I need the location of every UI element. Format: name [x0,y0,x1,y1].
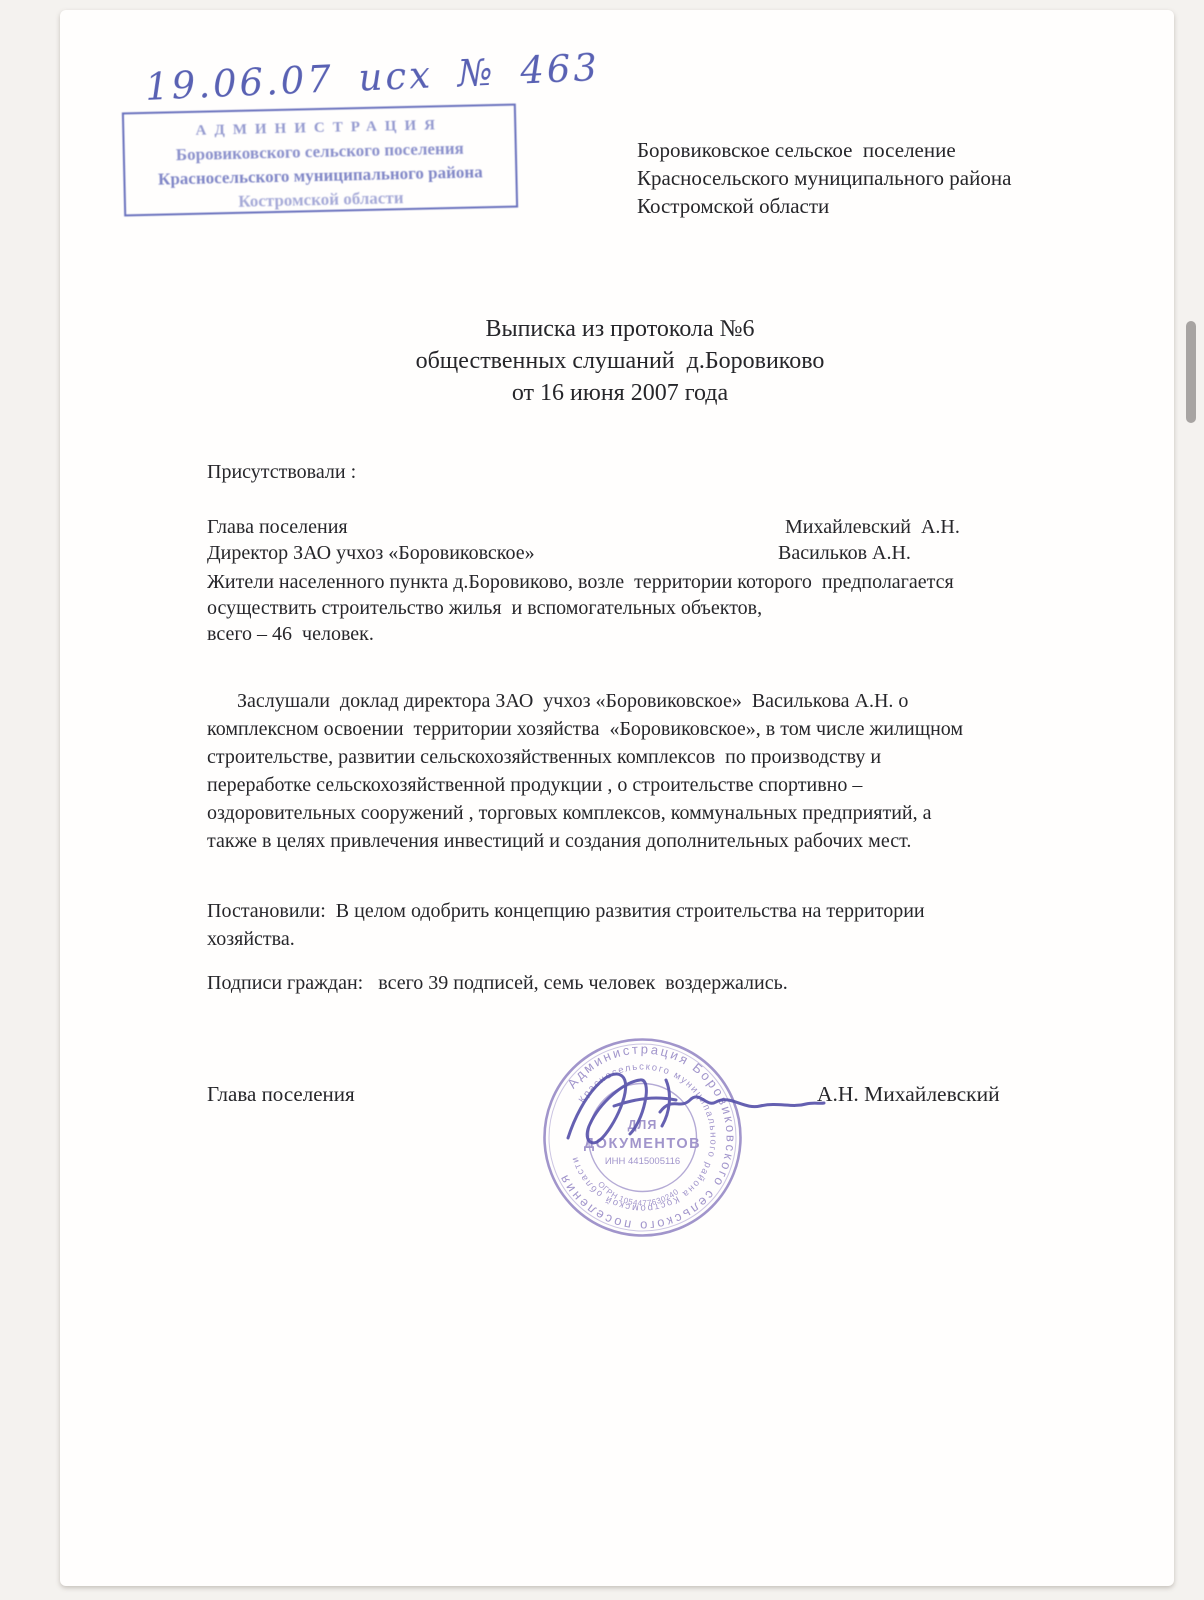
attendee-role: Директор ЗАО учхоз «Боровиковское» [207,542,535,564]
attendee-row: Глава поселения Михайлевский А.Н. [207,516,1167,542]
organization-header: Боровиковское сельское поселение Краснос… [637,136,1011,220]
attendees-list: Глава поселения Михайлевский А.Н. Директ… [207,516,1167,568]
head-signature-stroke [548,1050,833,1150]
app-background: 19.06.07 исх № 463 АДМИНИСТРАЦИЯ Боровик… [0,0,1204,1600]
closing-signature-name: А.Н. Михайлевский [817,1082,1000,1107]
heard-report-paragraph: Заслушали доклад директора ЗАО учхоз «Бо… [207,687,1187,855]
resolution-paragraph: Постановили: В целом одобрить концепцию … [207,897,1187,953]
attendee-name: Васильков А.Н. [778,542,911,565]
seal-inn-number: ИНН 4415005116 [605,1156,680,1167]
handwritten-registration-note: 19.06.07 исх № 463 [144,46,601,109]
administration-corner-stamp: АДМИНИСТРАЦИЯ Боровиковского сельского п… [122,104,518,217]
signatures-count-line: Подписи граждан: всего 39 подписей, семь… [207,972,1187,995]
attendee-row: Директор ЗАО учхоз «Боровиковское» Васил… [207,542,1167,568]
attendee-role: Глава поселения [207,516,348,538]
attendee-name: Михайлевский А.Н. [785,516,960,539]
document-page: 19.06.07 исх № 463 АДМИНИСТРАЦИЯ Боровик… [60,10,1174,1586]
residents-paragraph: Жители населенного пункта д.Боровиково, … [207,569,1187,647]
attendees-heading: Присутствовали : [207,461,356,484]
closing-signature-role: Глава поселения [207,1082,355,1107]
document-title: Выписка из протокола №6 общественных слу… [200,313,1040,409]
scrollbar-thumb[interactable] [1186,321,1196,423]
